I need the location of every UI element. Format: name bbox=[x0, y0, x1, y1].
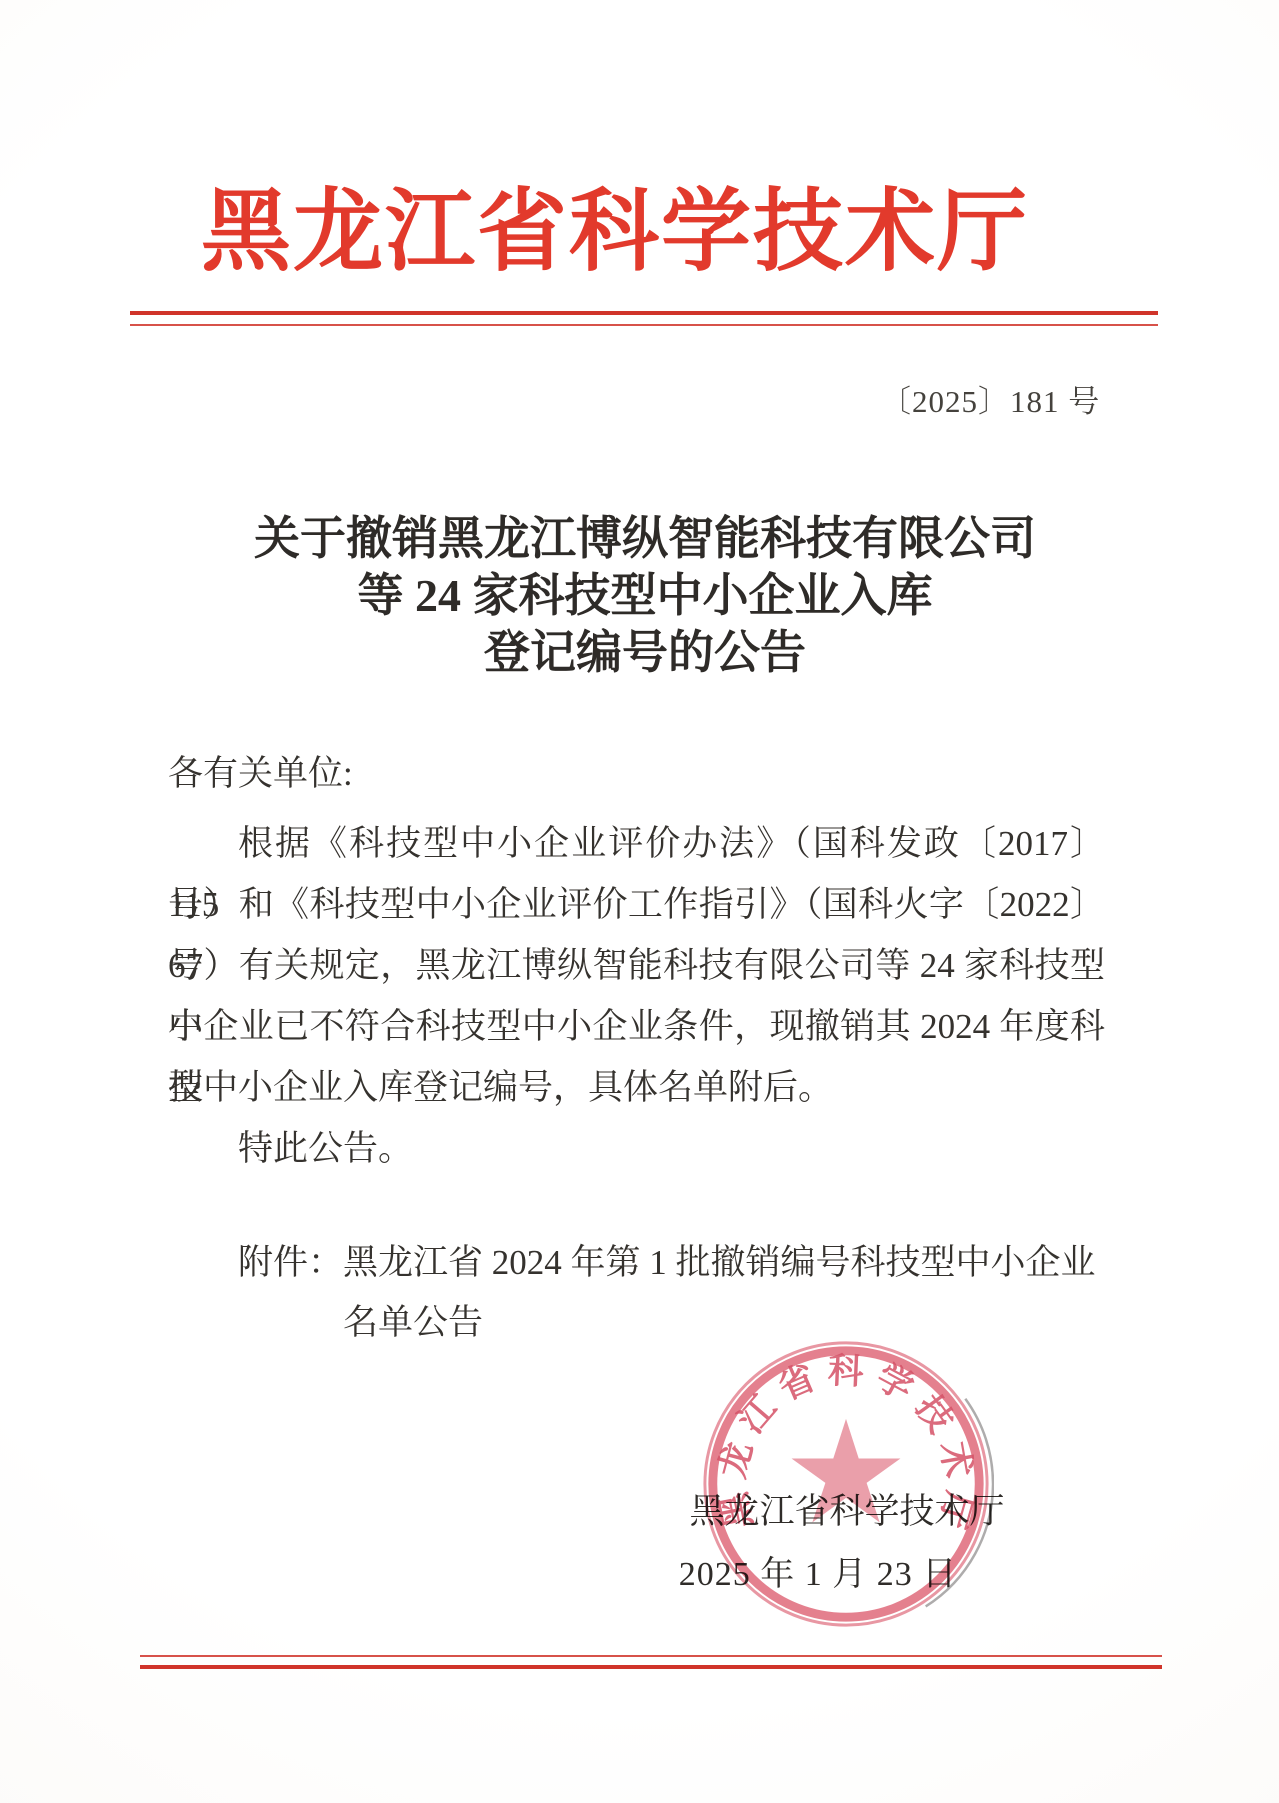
official-seal: 黑龙江省科学技术厅 bbox=[698, 1336, 994, 1632]
body-line: 根据《科技型中小企业评价办法》（国科发政〔2017〕115 bbox=[168, 813, 1105, 874]
footer-rule-thick bbox=[140, 1665, 1162, 1669]
document-number: 〔2025〕181 号 bbox=[880, 376, 1110, 421]
agency-header-title: 黑龙江省科学技术厅 bbox=[150, 158, 1080, 288]
body-line: 号）和《科技型中小企业评价工作指引》（国科火字〔2022〕67 bbox=[168, 874, 1105, 935]
body-line: 小企业已不符合科技型中小企业条件，现撤销其 2024 年度科技 bbox=[168, 996, 1105, 1057]
attachment-title: 黑龙江省 2024 年第 1 批撤销编号科技型中小企业 bbox=[343, 1243, 1096, 1282]
body-line: 号）有关规定，黑龙江博纵智能科技有限公司等 24 家科技型中 bbox=[168, 935, 1105, 996]
notice-body: 根据《科技型中小企业评价办法》（国科发政〔2017〕115 号）和《科技型中小企… bbox=[168, 813, 1105, 1179]
notice-title: 关于撤销黑龙江博纵智能科技有限公司 等 24 家科技型中小企业入库 登记编号的公… bbox=[145, 510, 1145, 681]
attachment-label: 附件： bbox=[238, 1243, 343, 1282]
attachment-line-1: 附件：黑龙江省 2024 年第 1 批撤销编号科技型中小企业 bbox=[238, 1240, 1118, 1286]
header-rule-thin bbox=[130, 324, 1158, 326]
footer-rule-thin bbox=[140, 1655, 1162, 1657]
notice-title-line-3: 登记编号的公告 bbox=[145, 624, 1145, 681]
seal-star-icon bbox=[792, 1419, 901, 1523]
notice-title-line-2: 等 24 家科技型中小企业入库 bbox=[145, 567, 1145, 624]
body-line: 型中小企业入库登记编号，具体名单附后。 bbox=[168, 1057, 1105, 1118]
salutation: 各有关单位: bbox=[168, 746, 353, 796]
notice-title-line-1: 关于撤销黑龙江博纵智能科技有限公司 bbox=[145, 510, 1145, 567]
official-notice-page: 黑龙江省科学技术厅 〔2025〕181 号 关于撤销黑龙江博纵智能科技有限公司 … bbox=[0, 0, 1279, 1803]
header-rule-thick bbox=[130, 311, 1158, 315]
attachment-section: 附件：黑龙江省 2024 年第 1 批撤销编号科技型中小企业 名单公告 bbox=[238, 1240, 1118, 1346]
body-line: 特此公告。 bbox=[168, 1118, 1105, 1179]
